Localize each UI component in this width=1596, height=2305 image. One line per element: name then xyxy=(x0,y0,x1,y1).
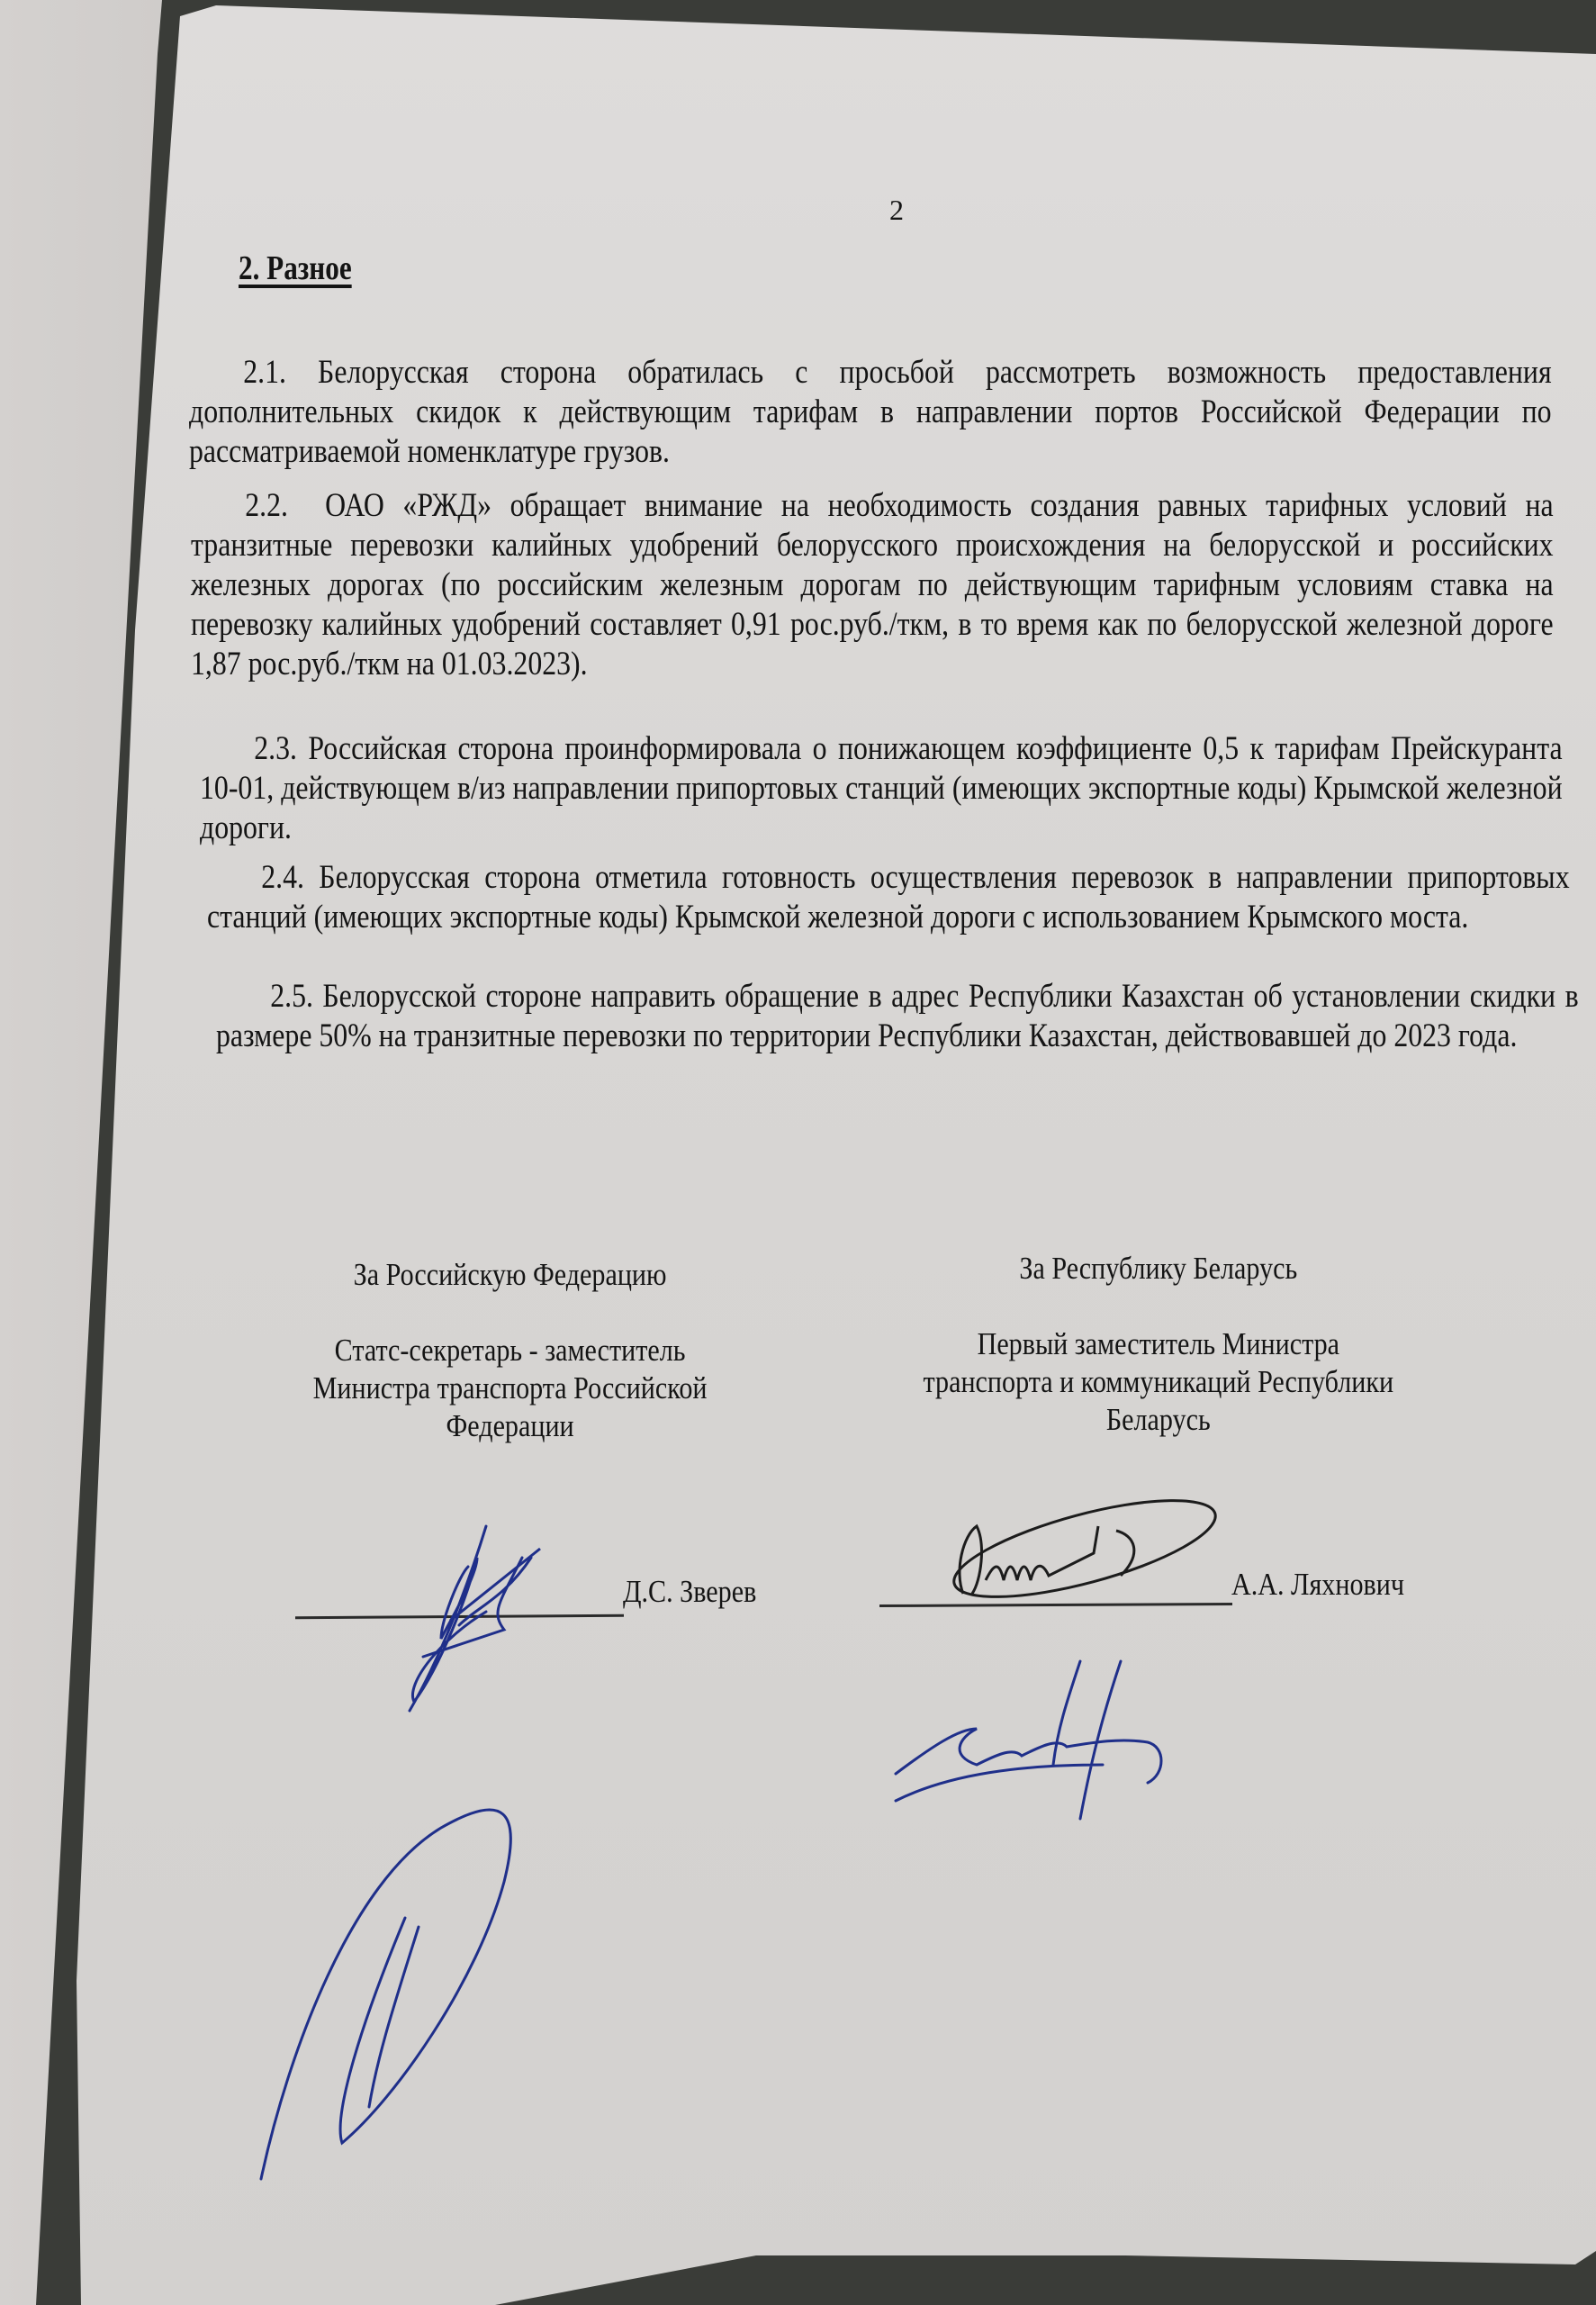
paragraph-number: 2.2. xyxy=(245,487,288,524)
signatory-name-belarus: А.А. Ляхнович xyxy=(1231,1567,1404,1603)
paragraph-2-1: 2.1. Белорусская сторона обратилась с пр… xyxy=(189,353,1552,472)
paragraph-number: 2.4. xyxy=(261,859,304,896)
signature-initial-right-icon xyxy=(878,1657,1292,1837)
signature-russia-icon xyxy=(333,1522,657,1720)
paragraph-2-5: 2.5. Белорусской стороне направить обращ… xyxy=(216,977,1579,1056)
paragraph-2-4: 2.4. Белорусская сторона отметила готовн… xyxy=(207,858,1570,937)
signatory-belarus: За Республику Беларусь Первый заместител… xyxy=(864,1250,1453,1439)
paragraph-2-3: 2.3. Российская сторона проинформировала… xyxy=(200,729,1563,848)
signature-initial-left-icon xyxy=(252,1756,540,2188)
party-label: За Республику Беларусь xyxy=(864,1250,1453,1288)
signatory-title-line: транспорта и коммуникаций Республики xyxy=(864,1363,1453,1401)
paragraph-number: 2.3. xyxy=(254,730,297,767)
signatory-title-line: Беларусь xyxy=(864,1401,1453,1439)
paragraph-number: 2.5. xyxy=(270,978,313,1015)
page-number: 2 xyxy=(889,194,904,227)
paragraph-text: Белорусской стороне направить обращение … xyxy=(216,978,1579,1054)
signatory-title-line: Министра транспорта Российской xyxy=(270,1369,750,1407)
signatory-title-line: Первый заместитель Министра xyxy=(864,1325,1453,1363)
paragraph-number: 2.1. xyxy=(243,354,286,391)
signature-belarus-icon xyxy=(936,1490,1233,1616)
paragraph-text: Российская сторона проинформировала о по… xyxy=(200,730,1563,846)
section-heading: 2. Разное xyxy=(239,249,352,288)
paragraph-text: Белорусская сторона отметила готовность … xyxy=(207,859,1570,936)
signatory-title-line: Статс-секретарь - заместитель xyxy=(270,1332,750,1369)
paragraph-text: Белорусская сторона обратилась с просьбо… xyxy=(189,354,1552,470)
party-label: За Российскую Федерацию xyxy=(270,1256,750,1294)
signatory-title-line: Федерации xyxy=(270,1407,750,1445)
paragraph-text: ОАО «РЖД» обращает внимание на необходим… xyxy=(191,487,1554,682)
signatory-russia: За Российскую Федерацию Статс-секретарь … xyxy=(270,1256,750,1445)
paragraph-2-2: 2.2. ОАО «РЖД» обращает внимание на необ… xyxy=(191,486,1554,684)
document-content: 2 2. Разное 2.1. Белорусская сторона обр… xyxy=(0,0,1596,2305)
